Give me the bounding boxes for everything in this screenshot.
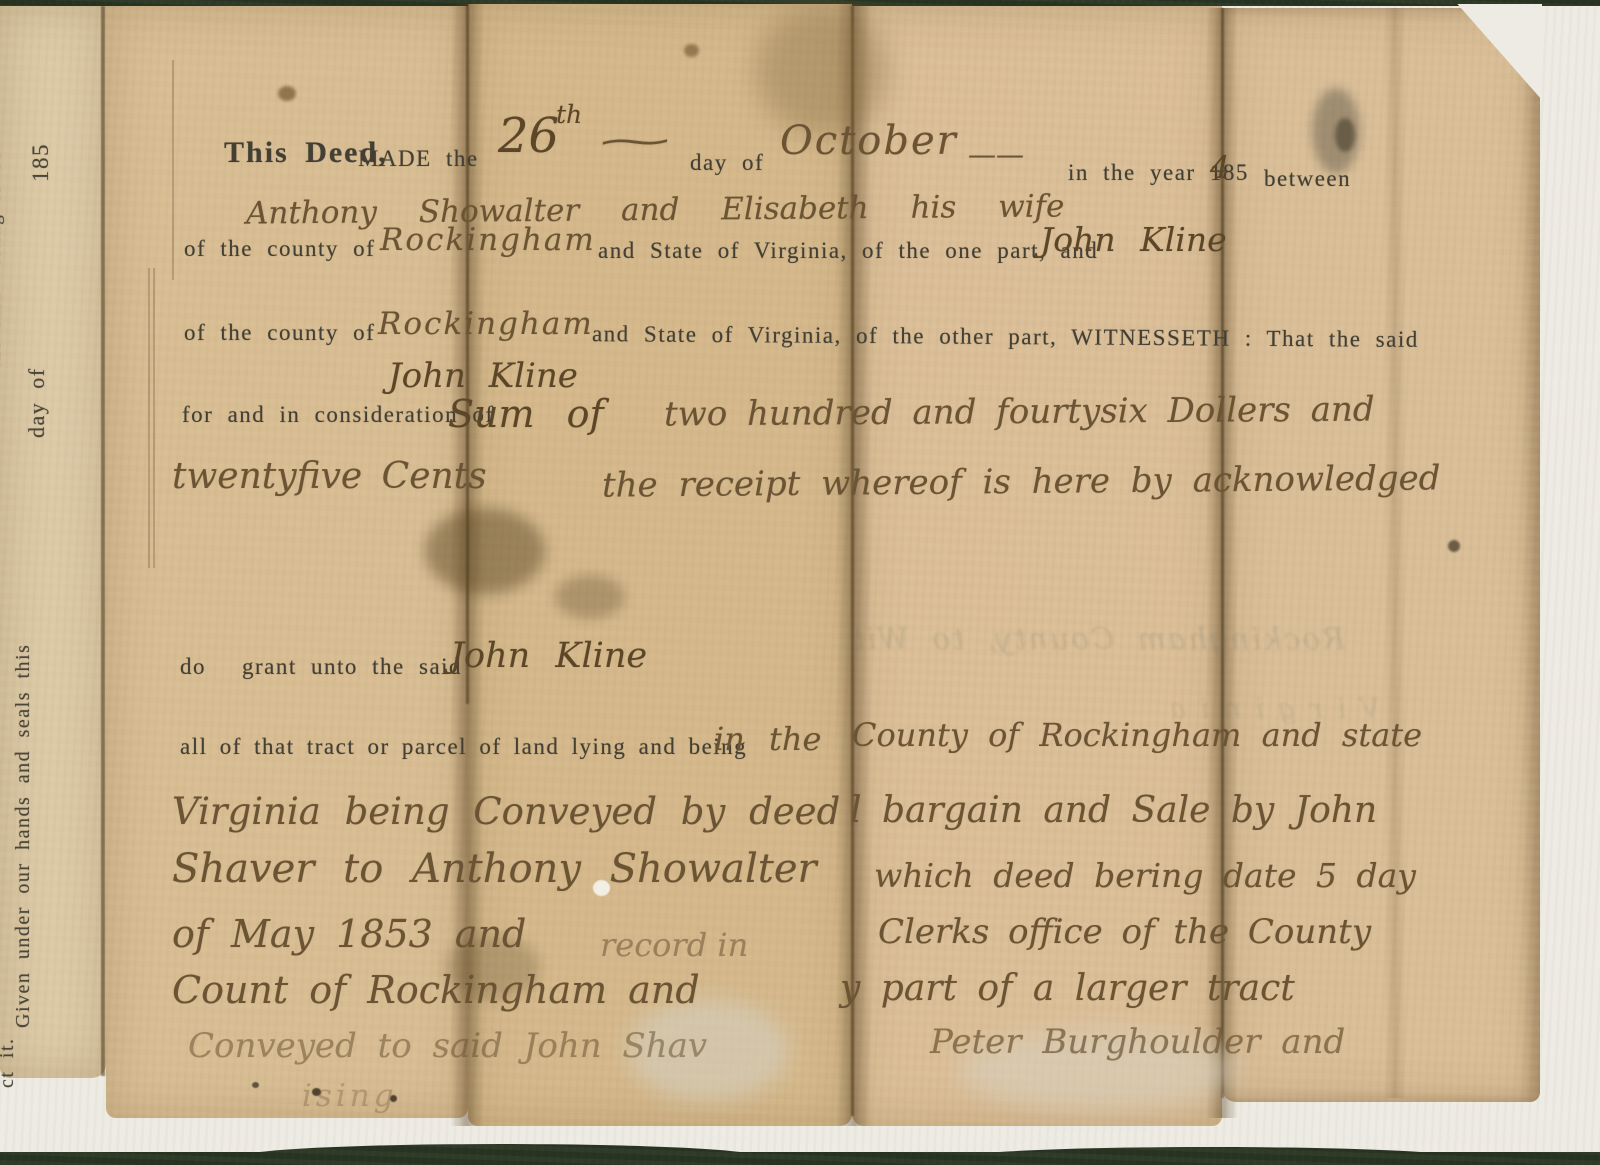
- margin-bottom-fragment: ct it.: [0, 1037, 19, 1088]
- hw-day-number: 26: [498, 108, 559, 164]
- hw-faint-fragment: ising: [302, 1078, 398, 1114]
- hw-may-1853: of May 1853 and: [172, 912, 526, 956]
- printed-of-the-county-of-2: of the county of: [184, 320, 375, 346]
- hw-grantee-name-2: John Kline: [388, 356, 578, 396]
- hw-amount-dollars: two hundred and fourtysix Dollers and: [664, 390, 1375, 435]
- scan-edge-bump: [240, 1144, 760, 1165]
- margin-year-blank: 185: [28, 143, 54, 182]
- hw-peter-burgholder: Peter Burghoulder and: [930, 1022, 1345, 1062]
- printed-of-the-county-of-1: of the county of: [184, 236, 375, 262]
- hw-dash: ——: [968, 138, 1024, 171]
- hw-amount-cents: twentyfive Cents: [172, 456, 487, 497]
- scan-edge-bump: [950, 1147, 1470, 1165]
- hw-record-in: record in: [600, 926, 748, 964]
- printed-between: between: [1264, 166, 1351, 192]
- hw-in-the: in the: [714, 720, 821, 758]
- hw-county-state-clause: County of Rockingham and state: [852, 716, 1422, 754]
- printed-do: do: [180, 654, 206, 680]
- hw-conveyed-to-shaver: Conveyed to said John Shav: [188, 1026, 707, 1066]
- hw-receipt-clause: the receipt whereof is here by acknowled…: [602, 458, 1441, 505]
- margin-edge-fragment: the said writing to be: [0, 151, 6, 368]
- hw-bargain-sale: l bargain and Sale by John: [850, 790, 1377, 831]
- hw-virginia-conveyed: Virginia being Conveyed by deed: [172, 790, 840, 833]
- margin-given-under-clause: Given under our hands and seals this: [12, 644, 35, 1028]
- margin-day-of: day of: [24, 367, 50, 438]
- hw-grantee-name-3: John Kline: [450, 636, 647, 676]
- printed-made-the: MADE the: [358, 146, 479, 172]
- hw-flourish: ~: [592, 122, 678, 160]
- hw-shaver-showalter: Shaver to Anthony Showalter: [172, 846, 817, 892]
- scanned-deed-document: Rockingham County, to Wit Virginia the s…: [0, 0, 1600, 1165]
- bleed-through-text: Rockingham County, to Wit: [905, 622, 1345, 657]
- hw-grantee-name-1: John Kline: [1040, 220, 1227, 259]
- hw-county-1: Rockingham: [380, 222, 596, 258]
- hw-county-2: Rockingham: [378, 306, 594, 342]
- hw-larger-tract: y part of a larger tract: [840, 968, 1295, 1009]
- hw-year-digit: 4: [1210, 150, 1230, 186]
- printed-grant-unto: grant unto the said: [242, 654, 462, 680]
- hw-deed-date: which deed bering date 5 day: [874, 856, 1416, 895]
- hw-day-ordinal: th: [556, 100, 582, 129]
- printed-tract-parcel: all of that tract or parcel of land lyin…: [180, 734, 747, 760]
- printed-state-one-part: and State of Virginia, of the one part, …: [598, 238, 1098, 264]
- hw-month: October: [780, 118, 958, 164]
- hw-grantor-names: Anthony Showalter and Elisabeth his wife: [246, 188, 1065, 231]
- printed-day-of: day of: [690, 150, 764, 176]
- hw-sum-of: Sum of: [448, 392, 604, 436]
- hw-court-rockingham: Count of Rockingham and: [172, 968, 700, 1012]
- hw-clerks-office: Clerks office of the County: [878, 912, 1371, 952]
